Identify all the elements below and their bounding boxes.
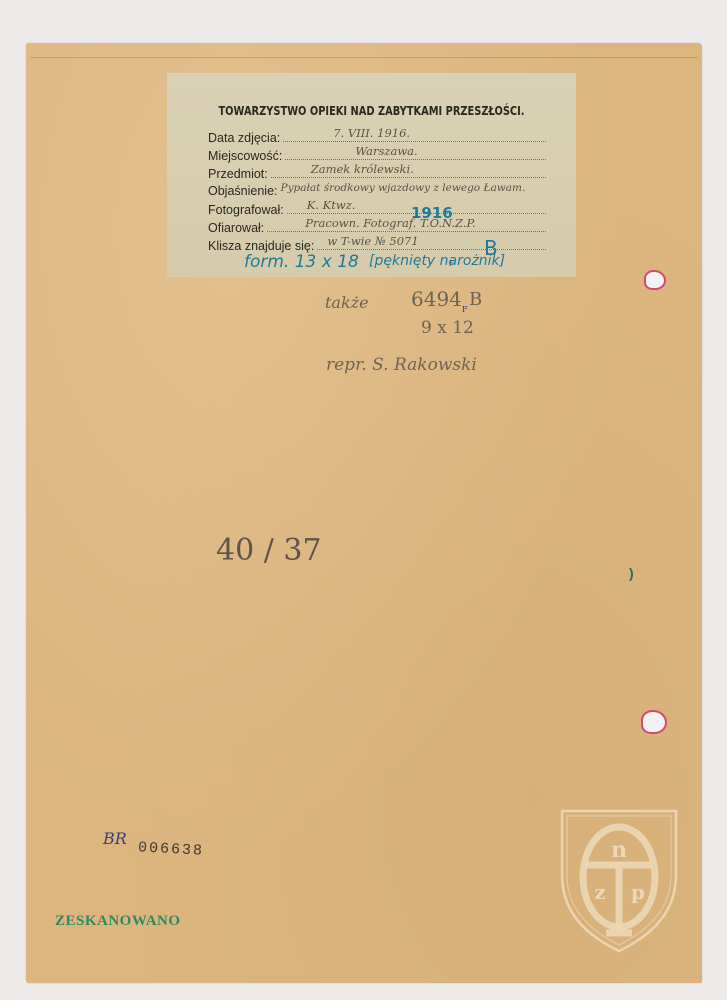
field-value: Warszawa. [355,144,417,158]
svg-text:n: n [611,837,627,863]
blue-year-annotation: 1916 [411,204,453,222]
tonzp-shield-emblem-icon: n z p [558,805,680,955]
field-label: Miejscowość: [208,149,282,163]
pencil-repro-credit: repr. S. Rakowski [326,355,477,375]
paper-edge-line [30,57,698,58]
field-label: Fotografował: [208,203,284,217]
field-description: Objaśnienie: Pypałat środkowy wjazdowy z… [208,184,572,202]
field-value: Pypałat środkowy wjazdowy z lewego Ławam… [281,182,526,194]
scanned-stamp: ZESKANOWANO [55,913,181,930]
inventory-number: 006638 [138,839,205,859]
svg-text:z: z [594,880,605,904]
pencil-size: 9 x 12 [421,318,474,338]
paper-hole [641,710,667,734]
field-label: Data zdjęcia: [208,131,280,145]
catalog-number: 40 / 37 [216,533,322,568]
pencil-number: 6494 [411,287,462,311]
paper-hole [644,270,666,290]
society-label: TOWARZYSTWO OPIEKI NAD ZABYTKAMI PRZESZŁ… [167,73,576,277]
pencil-letter: B [469,289,482,310]
field-label: Ofiarował: [208,221,264,235]
document-card: TOWARZYSTWO OPIEKI NAD ZABYTKAMI PRZESZŁ… [26,43,702,983]
field-label: Objaśnienie: [208,184,278,198]
ink-mark: ) [629,565,634,581]
field-value: 7. VIII. 1916. [333,126,410,140]
field-value: K. Ktwz. [307,198,356,212]
blue-format-annotation: form. 13 x 18 [244,252,359,272]
field-label: Przedmiot: [208,167,268,181]
pencil-also-prefix: także [325,293,369,312]
field-value: Zamek królewski. [311,162,414,176]
field-label: Klisza znajduje się: [208,239,314,253]
svg-text:p: p [631,880,645,904]
field-value: w T-wie № 5071 [327,234,418,248]
pencil-superscript: F [462,305,468,314]
label-title: TOWARZYSTWO OPIEKI NAD ZABYTKAMI PRZESZŁ… [204,104,539,118]
blue-note-annotation: [pęknięty narożnik] [369,253,505,269]
inventory-initials: BR [103,829,127,848]
